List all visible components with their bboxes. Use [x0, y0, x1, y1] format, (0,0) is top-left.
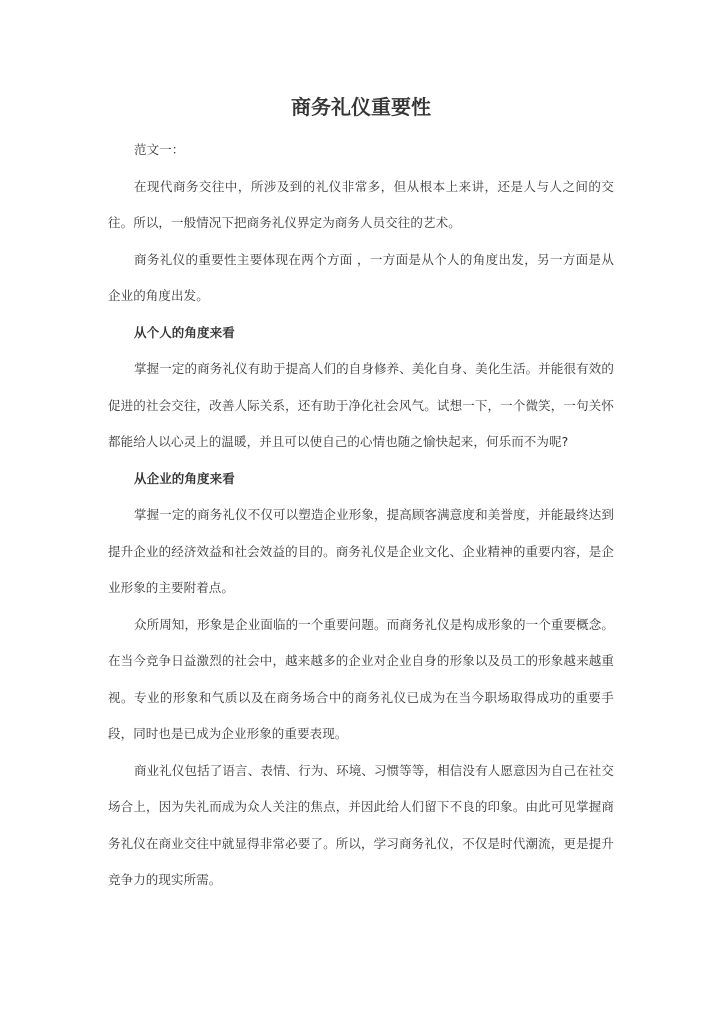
personal-paragraph-1: 掌握一定的商务礼仪有助于提高人们的自身修养、美化自身、美化生活。并能很有效的促进… — [108, 351, 614, 461]
section-heading-enterprise: 从企业的角度来看 — [108, 461, 614, 498]
section-heading-personal: 从个人的角度来看 — [108, 315, 614, 352]
intro-paragraph-2: 商务礼仪的重要性主要体现在两个方面 ，一方面是从个人的角度出发，另一方面是从企业… — [108, 242, 614, 315]
document-title: 商务礼仪重要性 — [108, 92, 614, 122]
intro-paragraph-1: 在现代商务交往中，所涉及到的礼仪非常多，但从根本上来讲，还是人与人之间的交往。所… — [108, 169, 614, 242]
subtitle: 范文一： — [108, 132, 614, 169]
enterprise-paragraph-3: 商业礼仪包括了语言、表情、行为、环境、习惯等等，相信没有人愿意因为自己在社交场合… — [108, 753, 614, 899]
enterprise-paragraph-1: 掌握一定的商务礼仪不仅可以塑造企业形象，提高顾客满意度和美誉度，并能最终达到提升… — [108, 497, 614, 607]
document-body: 范文一： 在现代商务交往中，所涉及到的礼仪非常多，但从根本上来讲，还是人与人之间… — [108, 132, 614, 899]
enterprise-paragraph-2: 众所周知，形象是企业面临的一个重要问题。而商务礼仪是构成形象的一个重要概念。在当… — [108, 607, 614, 753]
